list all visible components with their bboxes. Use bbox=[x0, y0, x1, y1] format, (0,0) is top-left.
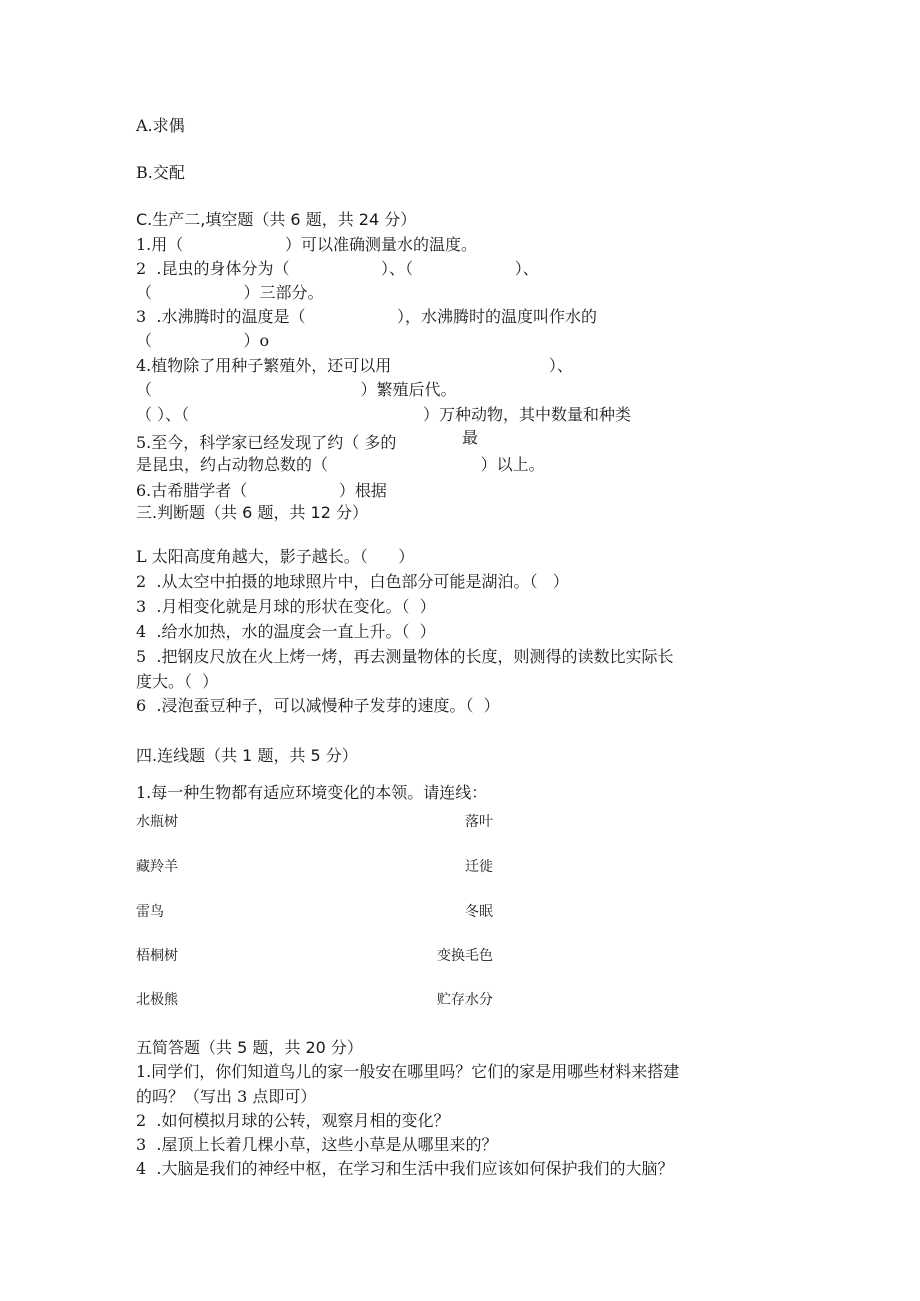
fill-blank-q5: 5.至今，科学家已经发现了约（ 多的 bbox=[136, 433, 396, 453]
section-fill-blank-heading: C.生产二,填空题（共 6 题，共 24 分） bbox=[136, 210, 416, 230]
fill-blank-q5-fragment: 最 bbox=[462, 428, 478, 448]
section-judge-heading: 三.判断题（共 6 题，共 12 分） bbox=[136, 503, 368, 523]
section-short-answer-heading: 五简答题（共 5 题，共 20 分） bbox=[136, 1038, 363, 1058]
fill-blank-q5-cont: 是昆虫，约占动物总数的（ ）以上。 bbox=[136, 455, 545, 475]
fill-blank-q2-cont: （ ）三部分。 bbox=[136, 283, 324, 303]
section-matching-heading: 四.连线题（共 1 题，共 5 分） bbox=[136, 746, 358, 766]
matching-question: 1.每一种生物都有适应环境变化的本领。请连线： bbox=[136, 783, 487, 803]
matching-right-item: 迁徙 bbox=[373, 857, 493, 877]
judge-q3: 3 .月相变化就是月球的形状在变化。（ ） bbox=[136, 597, 436, 617]
matching-left-item: 雷鸟 bbox=[136, 902, 164, 922]
short-answer-q1: 1.同学们，你们知道鸟儿的家一般安在哪里吗？它们的家是用哪些材料来搭建 bbox=[136, 1062, 679, 1082]
matching-left-item: 水瓶树 bbox=[136, 812, 178, 832]
fill-blank-q4: 4.植物除了用种子繁殖外，还可以用 ）、 bbox=[136, 356, 573, 376]
fill-blank-q3: 3 .水沸腾时的温度是（ ），水沸腾时的温度叫作水的 bbox=[136, 307, 597, 327]
short-answer-q2: 2 .如何模拟月球的公转，观察月相的变化？ bbox=[136, 1111, 449, 1131]
matching-right-item: 变换毛色 bbox=[373, 946, 493, 966]
fill-blank-q2: 2 .昆虫的身体分为（ ）、（ ）、 bbox=[136, 259, 539, 279]
fill-blank-q6: 6.古希腊学者（ ）根据 bbox=[136, 481, 387, 501]
short-answer-q1-cont: 的吗？（写出 3 点即可） bbox=[136, 1087, 316, 1107]
judge-q5: 5 .把钢皮尺放在火上烤一烤，再去测量物体的长度，则测得的读数比实际长 bbox=[136, 647, 673, 667]
judge-q6: 6 .浸泡蚕豆种子，可以减慢种子发芽的速度。（ ） bbox=[136, 696, 500, 716]
fill-blank-q4-cont: （ ）繁殖后代。 bbox=[136, 380, 457, 400]
judge-q1: L 太阳高度角越大，影子越长。（ ） bbox=[136, 547, 414, 567]
judge-q4: 4 .给水加热，水的温度会一直上升。（ ） bbox=[136, 622, 436, 642]
matching-right-item: 冬眠 bbox=[373, 902, 493, 922]
judge-q2: 2 .从太空中拍摄的地球照片中，白色部分可能是湖泊。（ ） bbox=[136, 572, 569, 592]
matching-left-item: 藏羚羊 bbox=[136, 857, 178, 877]
option-b: B.交配 bbox=[136, 163, 185, 183]
matching-right-item: 贮存水分 bbox=[373, 990, 493, 1010]
matching-left-item: 梧桐树 bbox=[136, 946, 178, 966]
matching-left-item: 北极熊 bbox=[136, 990, 178, 1010]
option-a: A.求偶 bbox=[136, 116, 185, 136]
matching-right-item: 落叶 bbox=[373, 812, 493, 832]
fill-blank-q3-cont: （ ）o bbox=[136, 331, 269, 351]
fill-blank-q1: 1.用（ ）可以准确测量水的温度。 bbox=[136, 235, 477, 255]
fill-blank-q5-top: （ ）、（ ）万种动物，其中数量和种类 bbox=[136, 405, 631, 425]
short-answer-q4: 4 .大脑是我们的神经中枢，在学习和生活中我们应该如何保护我们的大脑？ bbox=[136, 1159, 673, 1179]
short-answer-q3: 3 .屋顶上长着几棵小草，这些小草是从哪里来的？ bbox=[136, 1135, 497, 1155]
judge-q5-cont: 度大。（ ） bbox=[136, 672, 218, 692]
